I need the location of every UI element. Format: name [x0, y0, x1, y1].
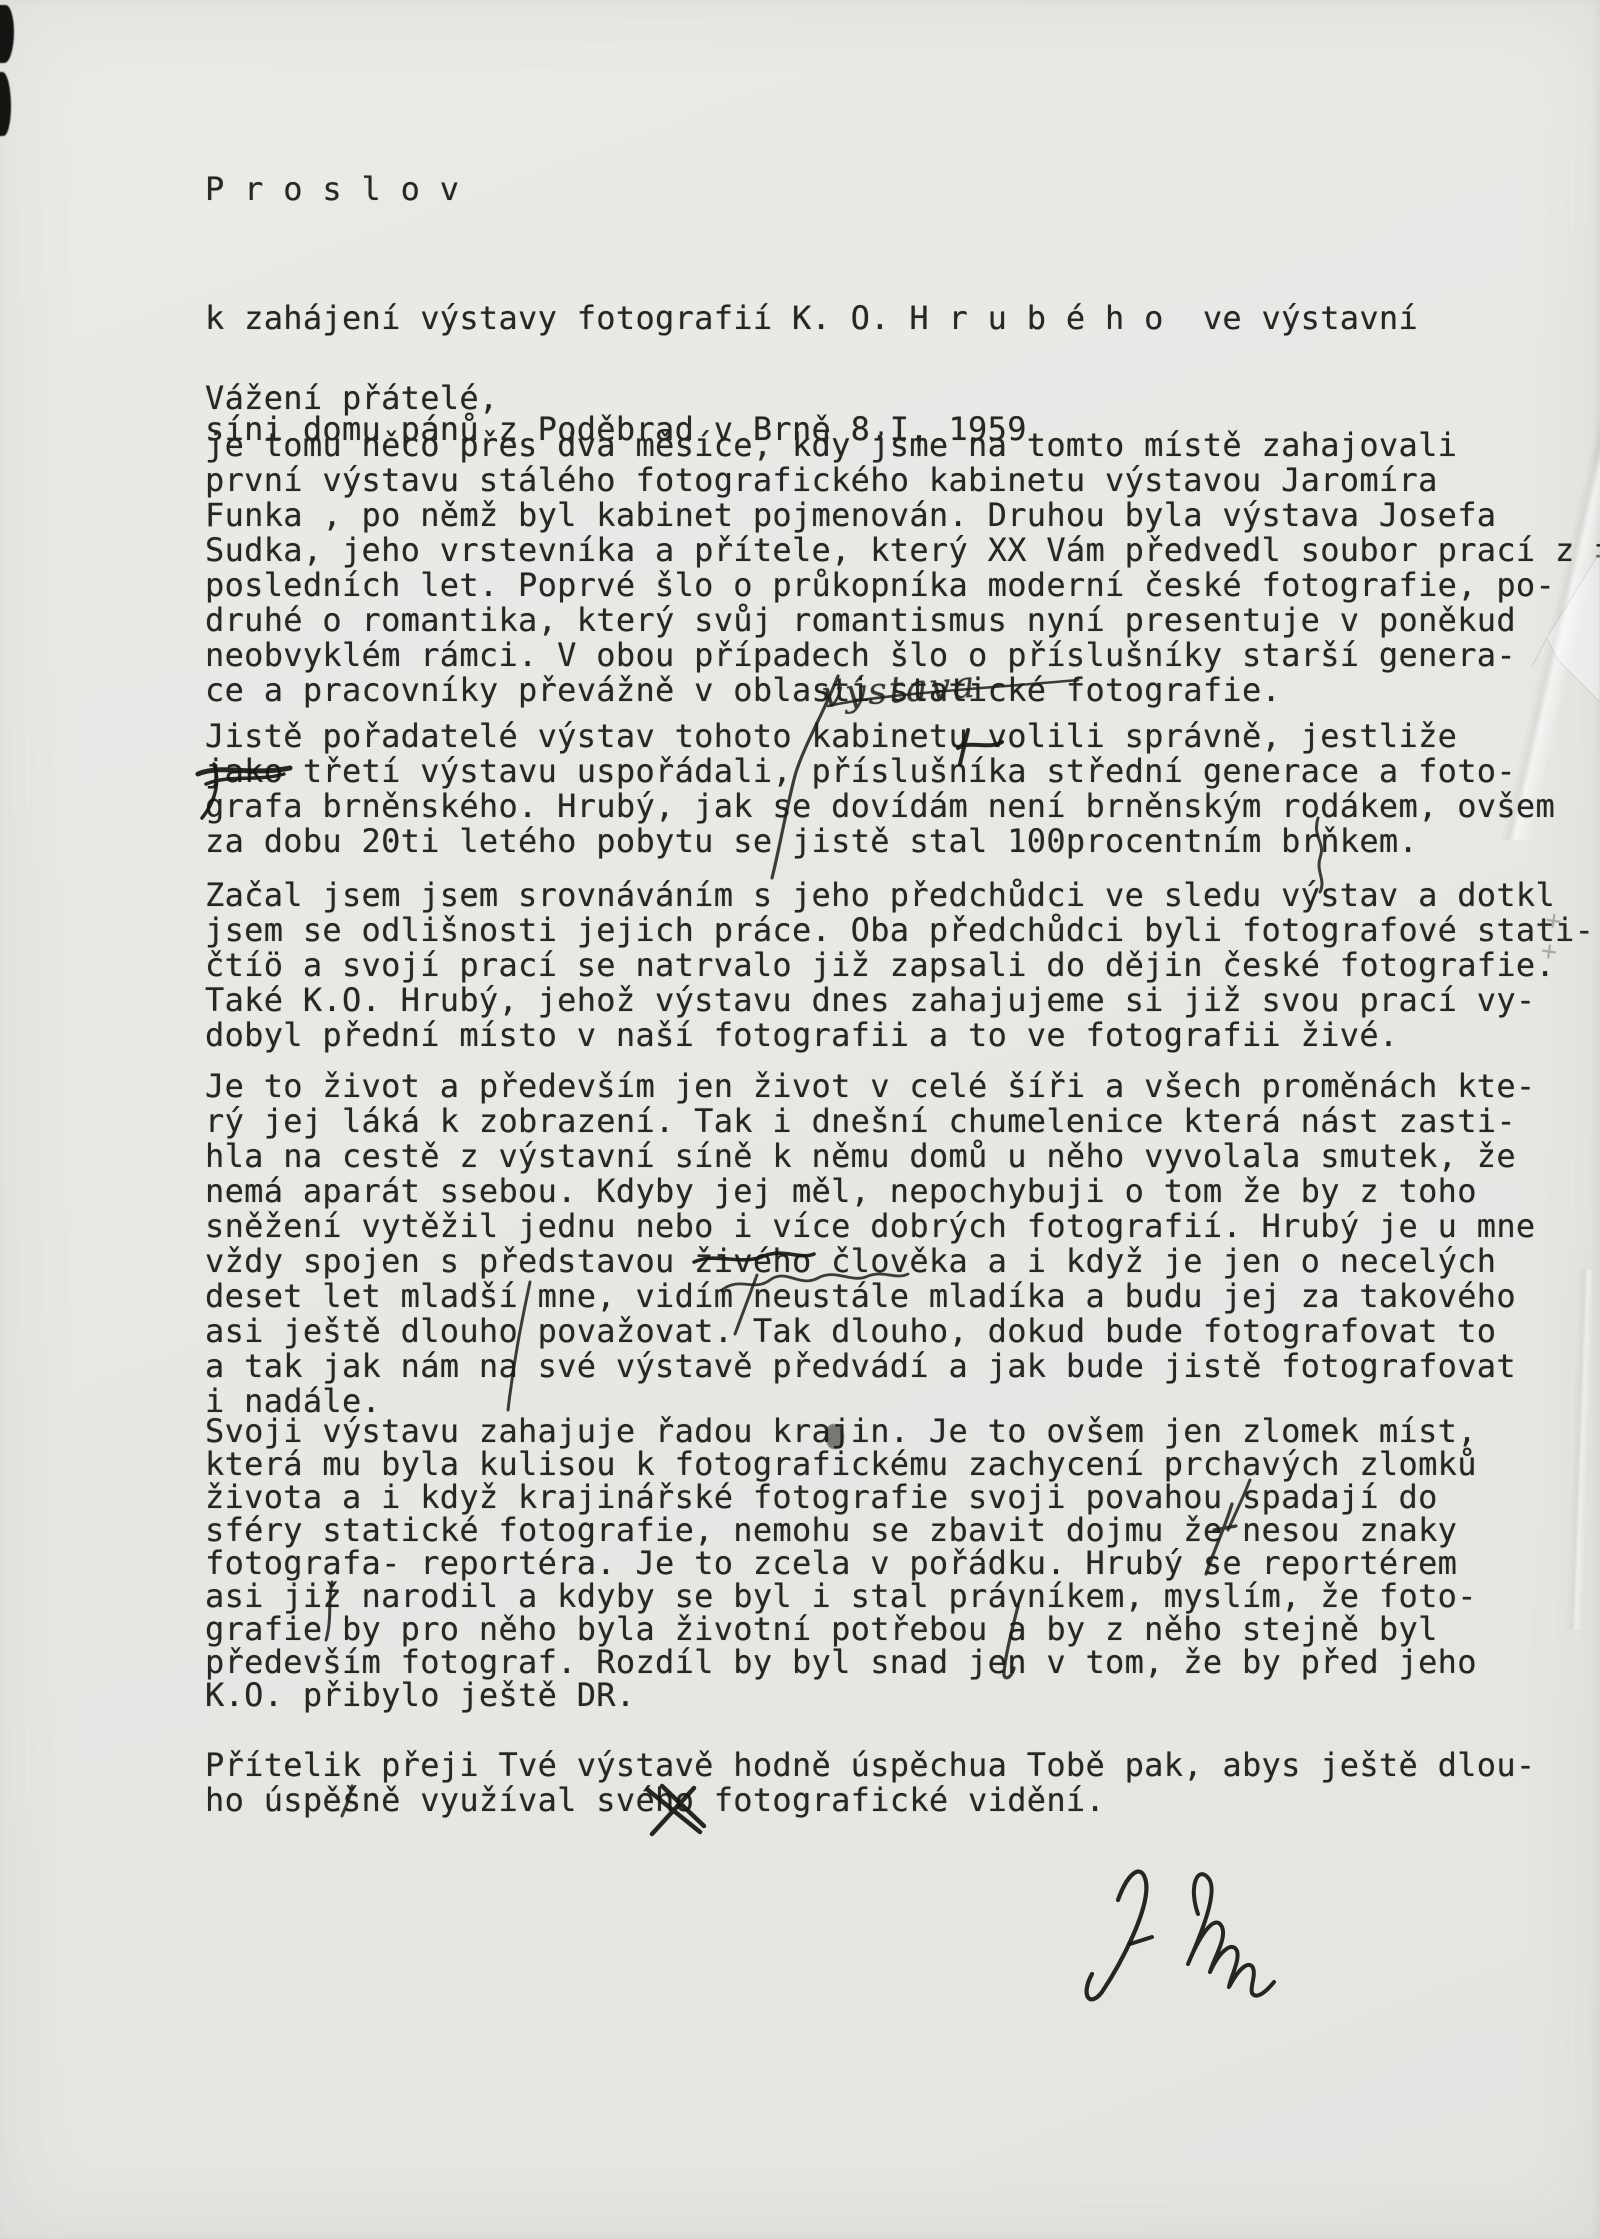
- typed-text-line: za dobu 20ti letého pobytu se jistě stal…: [205, 824, 1555, 859]
- typed-text-line: Začal jsem jsem srovnáváním s jeho předc…: [205, 878, 1594, 913]
- typed-text-line: fotografa- reportéra. Je to zcela v pořá…: [205, 1547, 1477, 1580]
- typed-text-line: Jistě pořadatelé výstav tohoto kabinetu …: [205, 719, 1555, 754]
- scan-edge-blob: [0, 5, 14, 63]
- scan-edge-blob: [0, 72, 11, 136]
- paragraph-6: Přítelik přeji Tvé výstavě hodně úspěchu…: [205, 1748, 1535, 1818]
- typed-text-line: jsem se odlišnosti jejich práce. Oba pře…: [205, 913, 1594, 948]
- typed-text-line: hla na cestě z výstavní síně k němu domů…: [205, 1139, 1535, 1174]
- typed-text-line: Také K.O. Hrubý, jehož výstavu dnes zaha…: [205, 983, 1594, 1018]
- typed-text-line: sněžení vytěžil jednu nebo i více dobrýc…: [205, 1209, 1535, 1244]
- typed-text-line: grafie by pro něho byla životní potřebou…: [205, 1613, 1477, 1646]
- paragraph-2: Jistě pořadatelé výstav tohoto kabinetu …: [205, 719, 1555, 859]
- typed-text-line: K.O. přibylo ještě DR.: [205, 1679, 1477, 1712]
- typed-text-line: především fotograf. Rozdíl by byl snad j…: [205, 1646, 1477, 1679]
- typed-text-line: sféry statické fotografie, nemohu se zba…: [205, 1514, 1477, 1547]
- typed-text-line: asi již narodil a kdyby se byl i stal pr…: [205, 1580, 1477, 1613]
- typed-text-line: deset let mladší mne, vidím neustále mla…: [205, 1279, 1535, 1314]
- typed-text-line: grafa brněnského. Hrubý, jak se dovídám …: [205, 789, 1555, 824]
- typed-text-line: a tak jak nám na své výstavě předvádí a …: [205, 1349, 1535, 1384]
- paper-crease: [1566, 1270, 1592, 1630]
- typed-text-line: asi ještě dlouho považovat. Tak dlouho, …: [205, 1314, 1535, 1349]
- paragraph-4: Je to život a především jen život v celé…: [205, 1069, 1535, 1419]
- paragraph-1: je tomu něco přes dva měsíce, kdy jsme n…: [205, 428, 1600, 708]
- overtyped-ink-blob: [826, 1424, 844, 1449]
- typed-text-line: dobyl přední místo v naší fotografii a t…: [205, 1018, 1594, 1053]
- salutation: Vážení přátelé,: [205, 381, 498, 416]
- typed-text-line: nemá aparát ssebou. Kdyby jej měl, nepoc…: [205, 1174, 1535, 1209]
- typed-text-line: života a i když krajinářské fotografie s…: [205, 1481, 1477, 1514]
- typed-text-line: Přítelik přeji Tvé výstavě hodně úspěchu…: [205, 1748, 1535, 1783]
- typed-text-line: Funka , po němž byl kabinet pojmenován. …: [205, 498, 1600, 533]
- typed-text-line: Sudka, jeho vrstevníka a přítele, který …: [205, 533, 1600, 568]
- typed-text-line: rý jej láká k zobrazení. Tak i dnešní ch…: [205, 1104, 1535, 1139]
- document-title: P r o s l o v: [205, 172, 459, 207]
- typed-text-line: čtíö a svojí prací se natrvalo již zapsa…: [205, 948, 1594, 983]
- typed-text-line: ho úspěšně využíval svého fotografické v…: [205, 1783, 1535, 1818]
- typed-text-line: je tomu něco přes dva měsíce, kdy jsme n…: [205, 428, 1600, 463]
- typed-text-line: vždy spojen s představou živého člověka …: [205, 1244, 1535, 1279]
- typed-text-line: první výstavu stálého fotografického kab…: [205, 463, 1600, 498]
- signature: [1087, 1872, 1274, 2000]
- typed-text-line: jako třetí výstavu uspořádali, příslušní…: [205, 754, 1555, 789]
- typed-text-line: posledních let. Poprvé šlo o průkopníka …: [205, 568, 1600, 603]
- subtitle-line: k zahájení výstavy fotografií K. O. H r …: [205, 300, 1418, 337]
- typed-text-line: která mu byla kulisou k fotografickému z…: [205, 1448, 1477, 1481]
- pencil-margin-marks: + +: [1539, 904, 1600, 973]
- typed-text-line: druhé o romantika, který svůj romantismu…: [205, 603, 1600, 638]
- paragraph-5: Svoji výstavu zahajuje řadou krajin. Je …: [205, 1415, 1477, 1712]
- scanned-letter-page: P r o s l o v k zahájení výstavy fotogra…: [0, 0, 1600, 2239]
- paragraph-3: Začal jsem jsem srovnáváním s jeho předc…: [205, 878, 1594, 1053]
- typed-text-line: Je to život a především jen život v celé…: [205, 1069, 1535, 1104]
